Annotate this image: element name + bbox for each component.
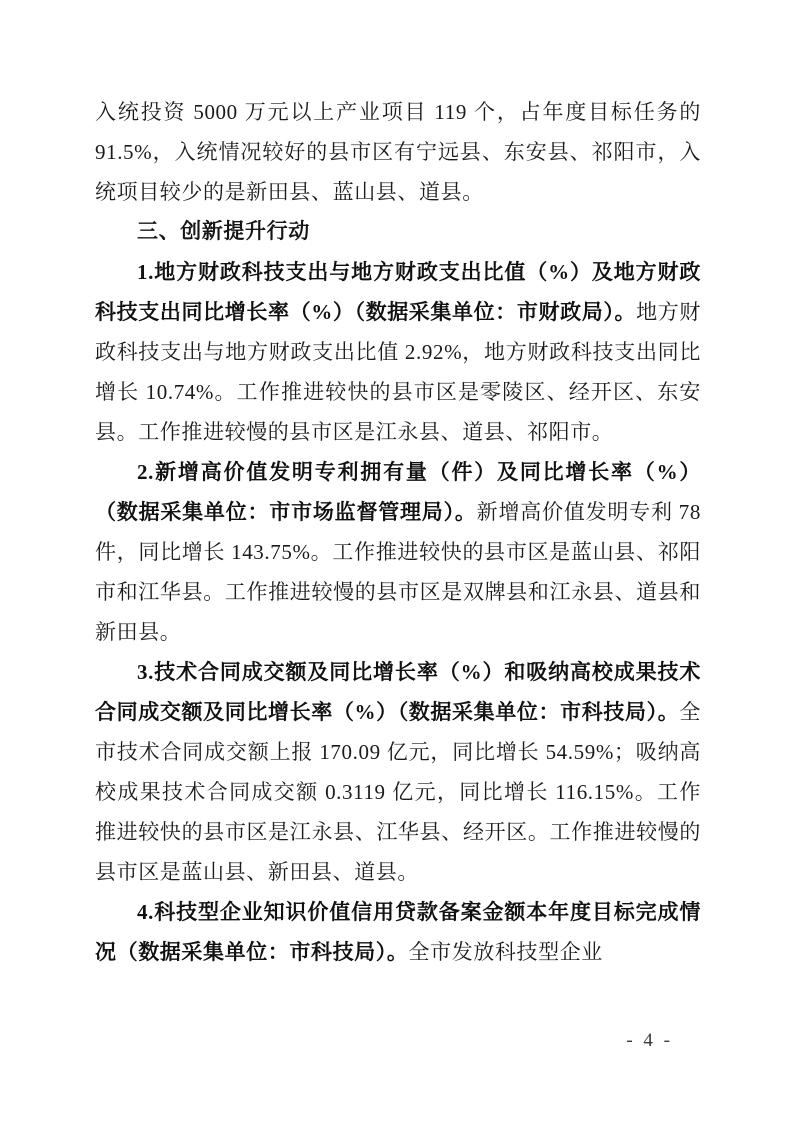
intro-paragraph: 入统投资 5000 万元以上产业项目 119 个，占年度目标任务的 91.5%，… <box>95 92 701 212</box>
numbered-item-4: 4.科技型企业知识价值信用贷款备案金额本年度目标完成情况（数据采集单位：市科技局… <box>95 892 701 972</box>
numbered-item-3-body: 全市技术合同成交额上报 170.09 亿元，同比增长 54.59%；吸纳高校成果… <box>95 700 701 884</box>
document-page: 入统投资 5000 万元以上产业项目 119 个，占年度目标任务的 91.5%，… <box>0 0 793 1122</box>
intro-paragraph-text: 入统投资 5000 万元以上产业项目 119 个，占年度目标任务的 91.5%，… <box>95 100 701 204</box>
document-body: 入统投资 5000 万元以上产业项目 119 个，占年度目标任务的 91.5%，… <box>95 92 701 972</box>
numbered-item-4-lead: 4.科技型企业知识价值信用贷款备案金额本年度目标完成情况（数据采集单位：市科技局… <box>95 900 701 964</box>
numbered-item-1-lead: 1.地方财政科技支出与地方财政支出比值（%）及地方财政科技支出同比增长率（%）（… <box>95 260 701 324</box>
numbered-item-1: 1.地方财政科技支出与地方财政支出比值（%）及地方财政科技支出同比增长率（%）（… <box>95 252 701 452</box>
numbered-item-2: 2.新增高价值发明专利拥有量（件）及同比增长率（%）（数据采集单位：市市场监督管… <box>95 452 701 652</box>
page-number: - 4 - <box>626 1030 673 1052</box>
numbered-item-4-body: 全市发放科技型企业 <box>409 940 603 964</box>
section-heading: 三、创新提升行动 <box>95 212 701 252</box>
numbered-item-3-lead: 3.技术合同成交额及同比增长率（%）和吸纳高校成果技术合同成交额及同比增长率（%… <box>95 660 701 724</box>
numbered-item-3: 3.技术合同成交额及同比增长率（%）和吸纳高校成果技术合同成交额及同比增长率（%… <box>95 652 701 892</box>
